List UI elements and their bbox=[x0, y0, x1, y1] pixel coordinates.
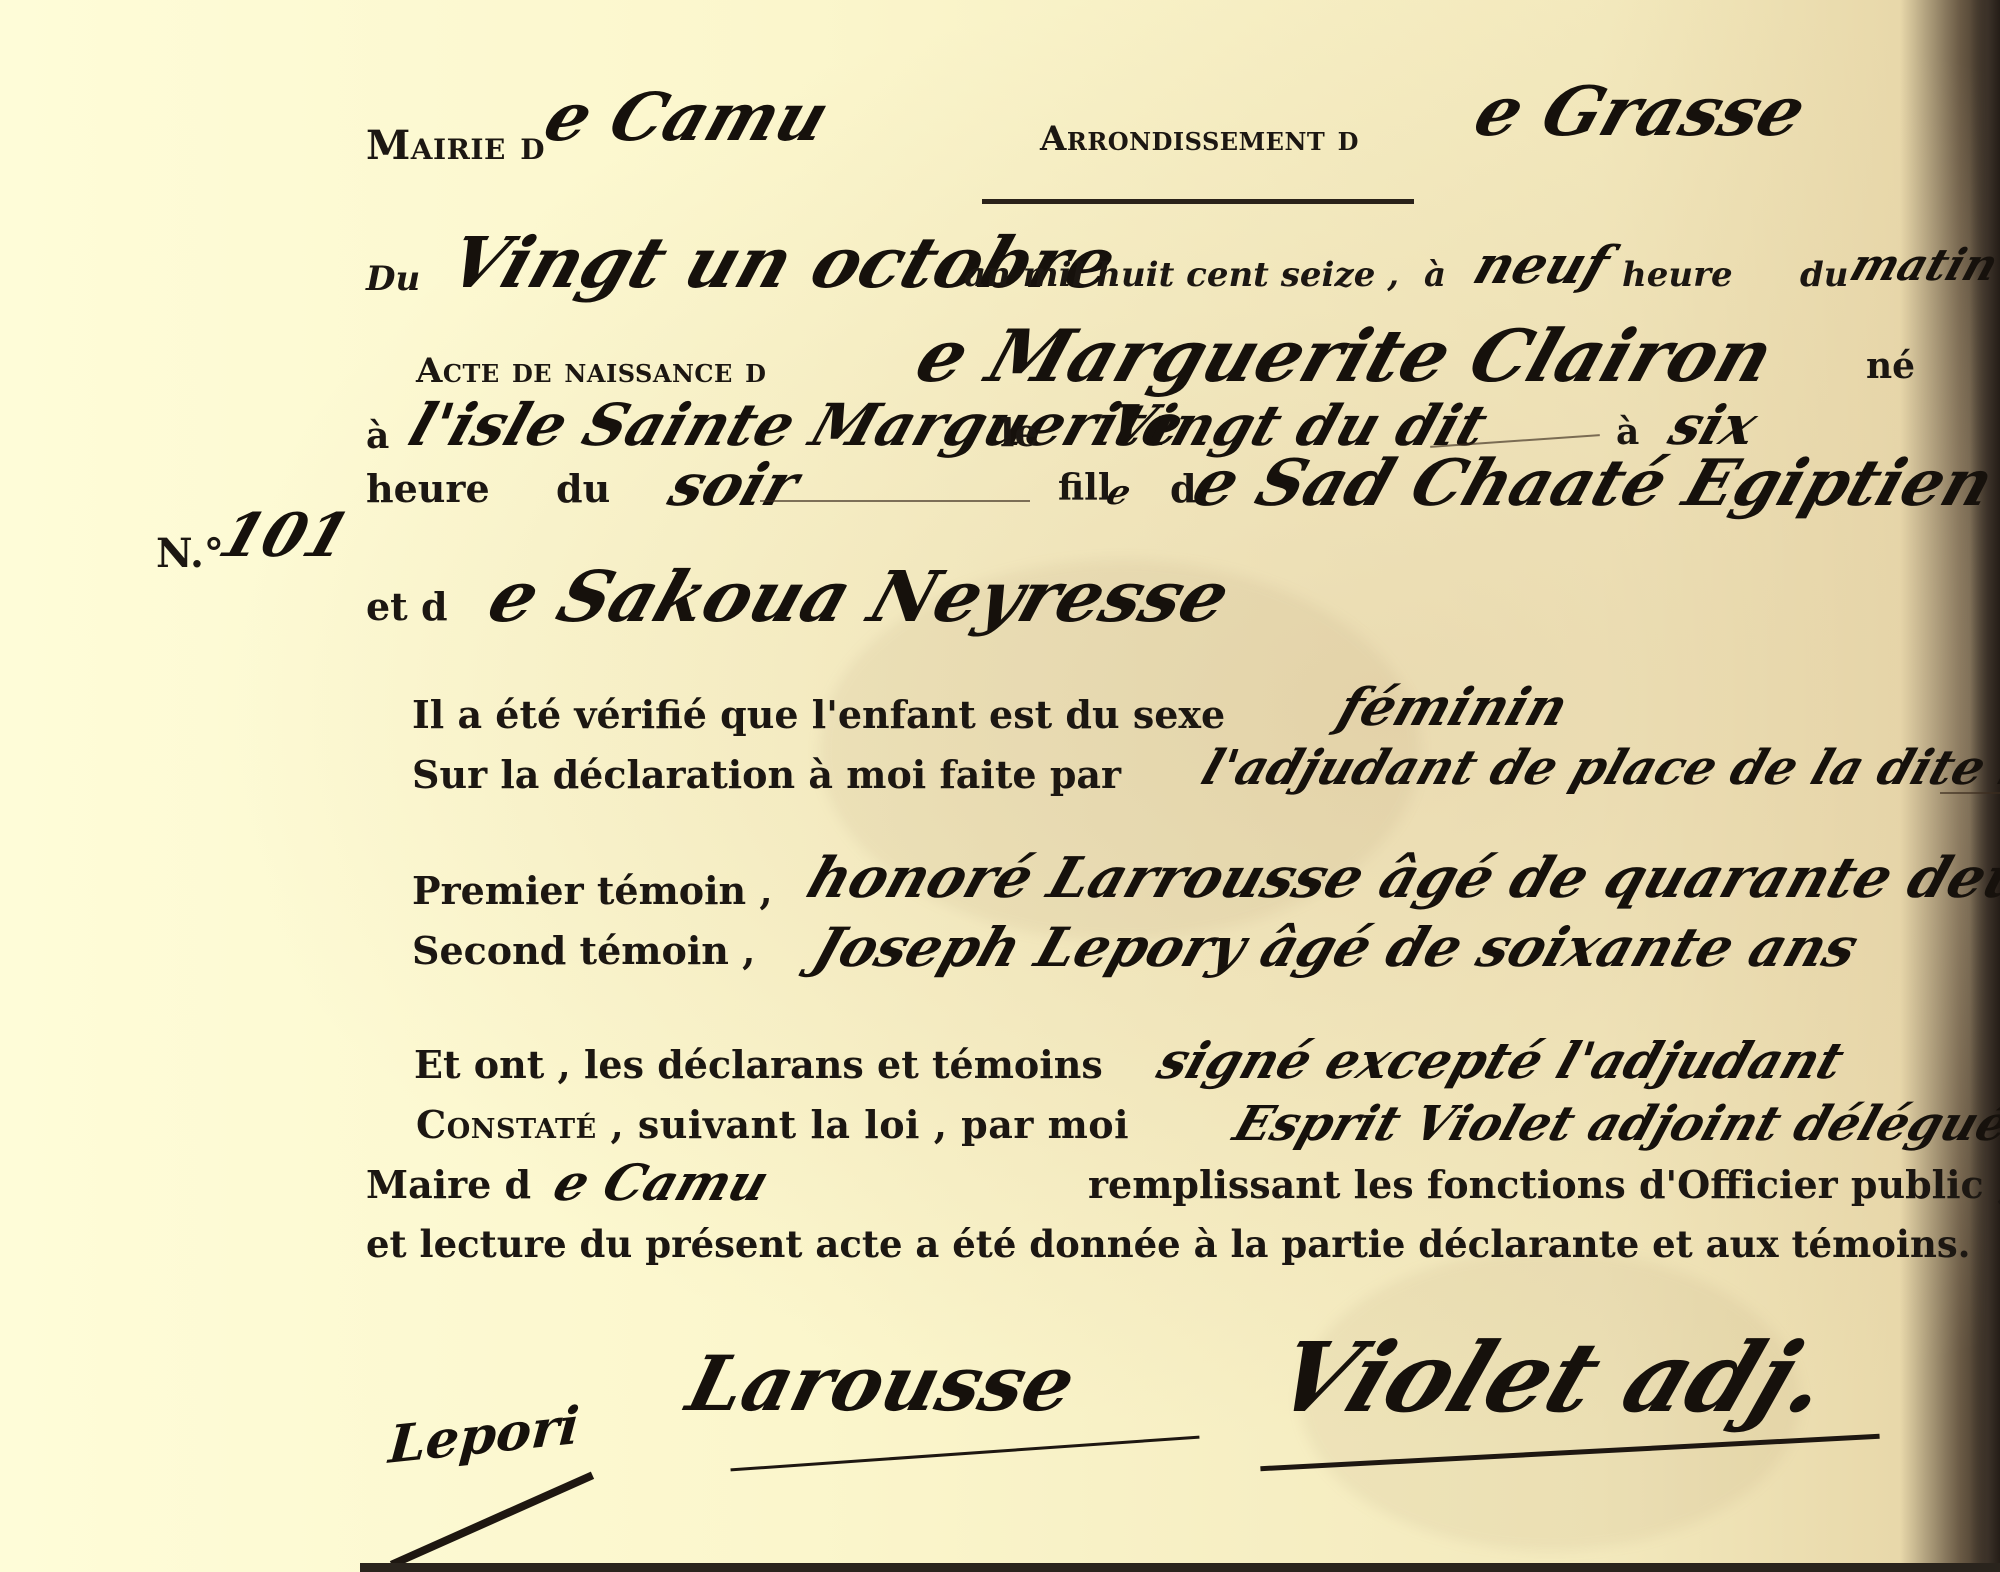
place-value: l'isle Sainte Marguerite bbox=[403, 396, 1191, 454]
period-value: matin bbox=[1845, 244, 2000, 288]
birth-act-label: Acte de naissance d bbox=[416, 354, 766, 388]
arrondissement-value: e Grasse bbox=[1467, 78, 1814, 146]
mairie-label: Mairie d bbox=[366, 126, 545, 166]
witness-2-value: Joseph Lepory âgé de soixante ans bbox=[807, 920, 1864, 974]
closing-line: et lecture du présent acte a été donnée … bbox=[366, 1226, 1971, 1263]
signed-value: signé excepté l'adjudant bbox=[1152, 1036, 1850, 1086]
sex-label: Il a été vérifié que l'enfant est du sex… bbox=[412, 696, 1225, 734]
register-number: 101 bbox=[212, 506, 357, 566]
birth-period-label: du bbox=[556, 470, 610, 508]
place-prefix: à bbox=[366, 418, 389, 454]
signature-3: Violet adj. bbox=[1263, 1330, 1844, 1426]
hour-label: heure bbox=[1622, 258, 1733, 292]
constate-value: Esprit Violet adjoint délégué du bbox=[1228, 1100, 2000, 1148]
birth-hour-value: six bbox=[1663, 398, 1764, 452]
maire-rest: remplissant les fonctions d'Officier pub… bbox=[1088, 1166, 2000, 1204]
signature-2: Larousse bbox=[681, 1346, 1083, 1422]
header-divider bbox=[982, 199, 1414, 204]
birth-hour-prefix: à bbox=[1616, 414, 1639, 450]
constate-label-rest: , suivant la loi , par moi bbox=[610, 1102, 1129, 1147]
filiation-label: fill bbox=[1058, 470, 1112, 506]
maire-value: e Camu bbox=[548, 1158, 775, 1208]
mother-value: e Sakoua Neyresse bbox=[481, 562, 1238, 632]
declaration-label: Sur la déclaration à moi faite par bbox=[412, 756, 1121, 794]
date-prefix-le: le bbox=[1000, 414, 1039, 452]
declaration-value: l'adjudant de place de la dite isle bbox=[1196, 744, 2000, 792]
date-prefix: Du bbox=[366, 262, 420, 296]
date-year-printed: an mil huit cent seize , bbox=[964, 258, 1399, 292]
period-prefix: du bbox=[1800, 258, 1849, 292]
constate-label: Constaté , suivant la loi , par moi bbox=[416, 1106, 1129, 1144]
birth-hour-label: heure bbox=[366, 470, 490, 508]
witness-2-label: Second témoin , bbox=[412, 932, 755, 970]
mairie-value: e Camu bbox=[537, 84, 837, 150]
fill-line bbox=[760, 500, 1030, 502]
arrondissement-label: Arrondissement d bbox=[1040, 122, 1359, 156]
mother-prefix: et d bbox=[366, 588, 448, 626]
sex-value: féminin bbox=[1332, 682, 1575, 734]
fill-line bbox=[1940, 792, 2000, 794]
constate-label-sc: Constaté bbox=[416, 1102, 597, 1147]
child-name: e Marguerite Clairon bbox=[908, 320, 1781, 392]
witness-1-value: honoré Larrousse âgé de quarante deux an… bbox=[801, 850, 2000, 906]
born-label: né bbox=[1866, 348, 1915, 384]
maire-label: Maire d bbox=[366, 1166, 531, 1204]
signed-label: Et ont , les déclarans et témoins bbox=[414, 1046, 1103, 1084]
father-value: e Sad Chaaté Egiptien bbox=[1186, 452, 2000, 516]
hour-value: neuf bbox=[1468, 240, 1616, 292]
hour-prefix: à bbox=[1424, 258, 1446, 292]
witness-1-label: Premier témoin , bbox=[412, 872, 773, 910]
birth-period-value: soir bbox=[663, 456, 806, 514]
form-bottom-border bbox=[360, 1563, 2000, 1572]
